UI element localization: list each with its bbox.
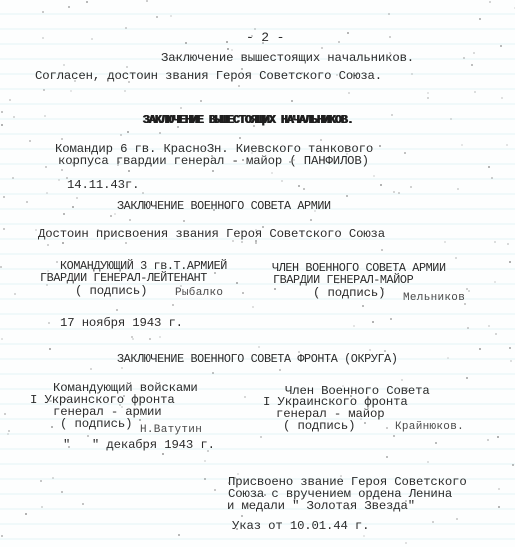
- front-right-signature-label: ( подпись): [283, 420, 355, 433]
- header-small: Заключение вышестоящих начальников.: [161, 52, 414, 65]
- front-left-signature-name: Н.Ватутин: [140, 424, 202, 437]
- front-council-date: " " декабря 1943 г.: [63, 439, 215, 452]
- front-council-heading: ЗАКЛЮЧЕНИЕ ВОЕННОГО СОВЕТА ФРОНТА (ОКРУГ…: [117, 353, 398, 366]
- army-right-signature-name: Мельников: [403, 292, 465, 305]
- army-left-signature-label: ( подпись): [75, 285, 147, 298]
- superior-heading: ЗАКЛЮЧЕНИЕ ВЫШЕСТОЯЩИХ НАЧАЛЬНИКОВ.: [143, 114, 353, 127]
- army-right-signature-label: ( подпись): [313, 287, 385, 300]
- award-decree: Указ от 10.01.44 г.: [232, 520, 369, 533]
- front-left-signature-label: ( подпись): [60, 418, 132, 431]
- document-page: - 2 - Заключение вышестоящих начальников…: [0, 0, 515, 547]
- agree-line: Согласен, достоин звания Героя Советског…: [35, 70, 382, 83]
- army-left-signature-name: Рыбалко: [175, 287, 223, 300]
- front-right-signature-name: Крайнюков.: [395, 421, 464, 434]
- corps-commander-date: 14.11.43г.: [67, 179, 139, 192]
- army-council-verdict: Достоин присвоения звания Героя Советско…: [38, 228, 385, 241]
- army-council-heading: ЗАКЛЮЧЕНИЕ ВОЕННОГО СОВЕТА АРМИИ: [117, 200, 331, 213]
- award-line3: и медали " Золотая Звезда": [227, 500, 415, 513]
- page-number: - 2 -: [246, 31, 284, 44]
- corps-commander-line2: корпуса гвардии генерал - майор ( ПАНФИЛ…: [58, 155, 369, 168]
- army-council-date: 17 ноября 1943 г.: [60, 317, 183, 330]
